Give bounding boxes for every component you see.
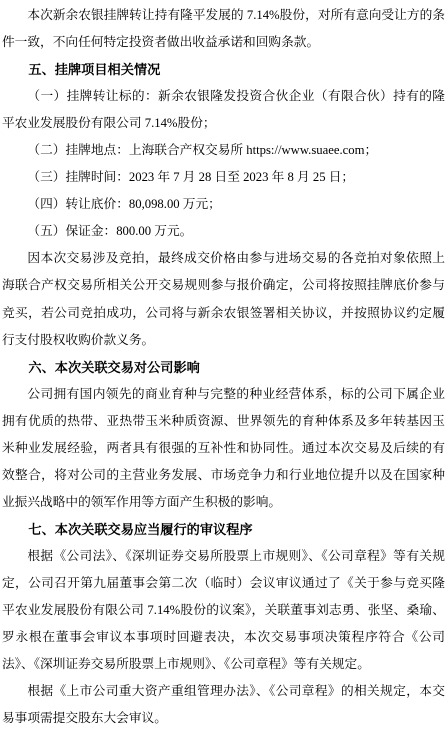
section-7-heading: 七、本次关联交易应当履行的审议程序 (2, 516, 445, 543)
section-6-heading: 六、本次关联交易对公司影响 (2, 354, 445, 381)
review-procedure-paragraph: 根据《公司法》、《深圳证券交易所股票上市规则》、《公司章程》等有关规定，公司召开… (2, 543, 445, 678)
section-5-heading: 五、挂牌项目相关情况 (2, 56, 445, 83)
listing-item-location: （二）挂牌地点：上海联合产权交易所 https://www.suaee.com； (2, 137, 445, 164)
listing-item-deposit: （五）保证金：800.00 万元。 (2, 218, 445, 245)
listing-item-base-price: （四）转让底价：80,098.00 万元； (2, 191, 445, 218)
document-page: 本次新余农银挂牌转让持有隆平发展的 7.14%股份，对所有意向受让方的条件一致，… (0, 0, 447, 731)
shareholder-meeting-paragraph: 根据《上市公司重大资产重组管理办法》、《公司章程》的相关规定，本交易事项需提交股… (2, 678, 445, 731)
auction-process-paragraph: 因本次交易涉及竞拍，最终成交价格由参与进场交易的各竞拍对象依照上海联合产权交易所… (2, 245, 445, 353)
impact-paragraph: 公司拥有国内领先的商业育种与完整的种业经营体系，标的公司下属企业拥有优质的热带、… (2, 381, 445, 516)
intro-paragraph: 本次新余农银挂牌转让持有隆平发展的 7.14%股份，对所有意向受让方的条件一致，… (2, 2, 445, 56)
listing-item-time: （三）挂牌时间：2023 年 7 月 28 日至 2023 年 8 月 25 日… (2, 164, 445, 191)
listing-item-target: （一）挂牌转让标的：新余农银隆发投资合伙企业（有限合伙）持有的隆平农业发展股份有… (2, 83, 445, 137)
